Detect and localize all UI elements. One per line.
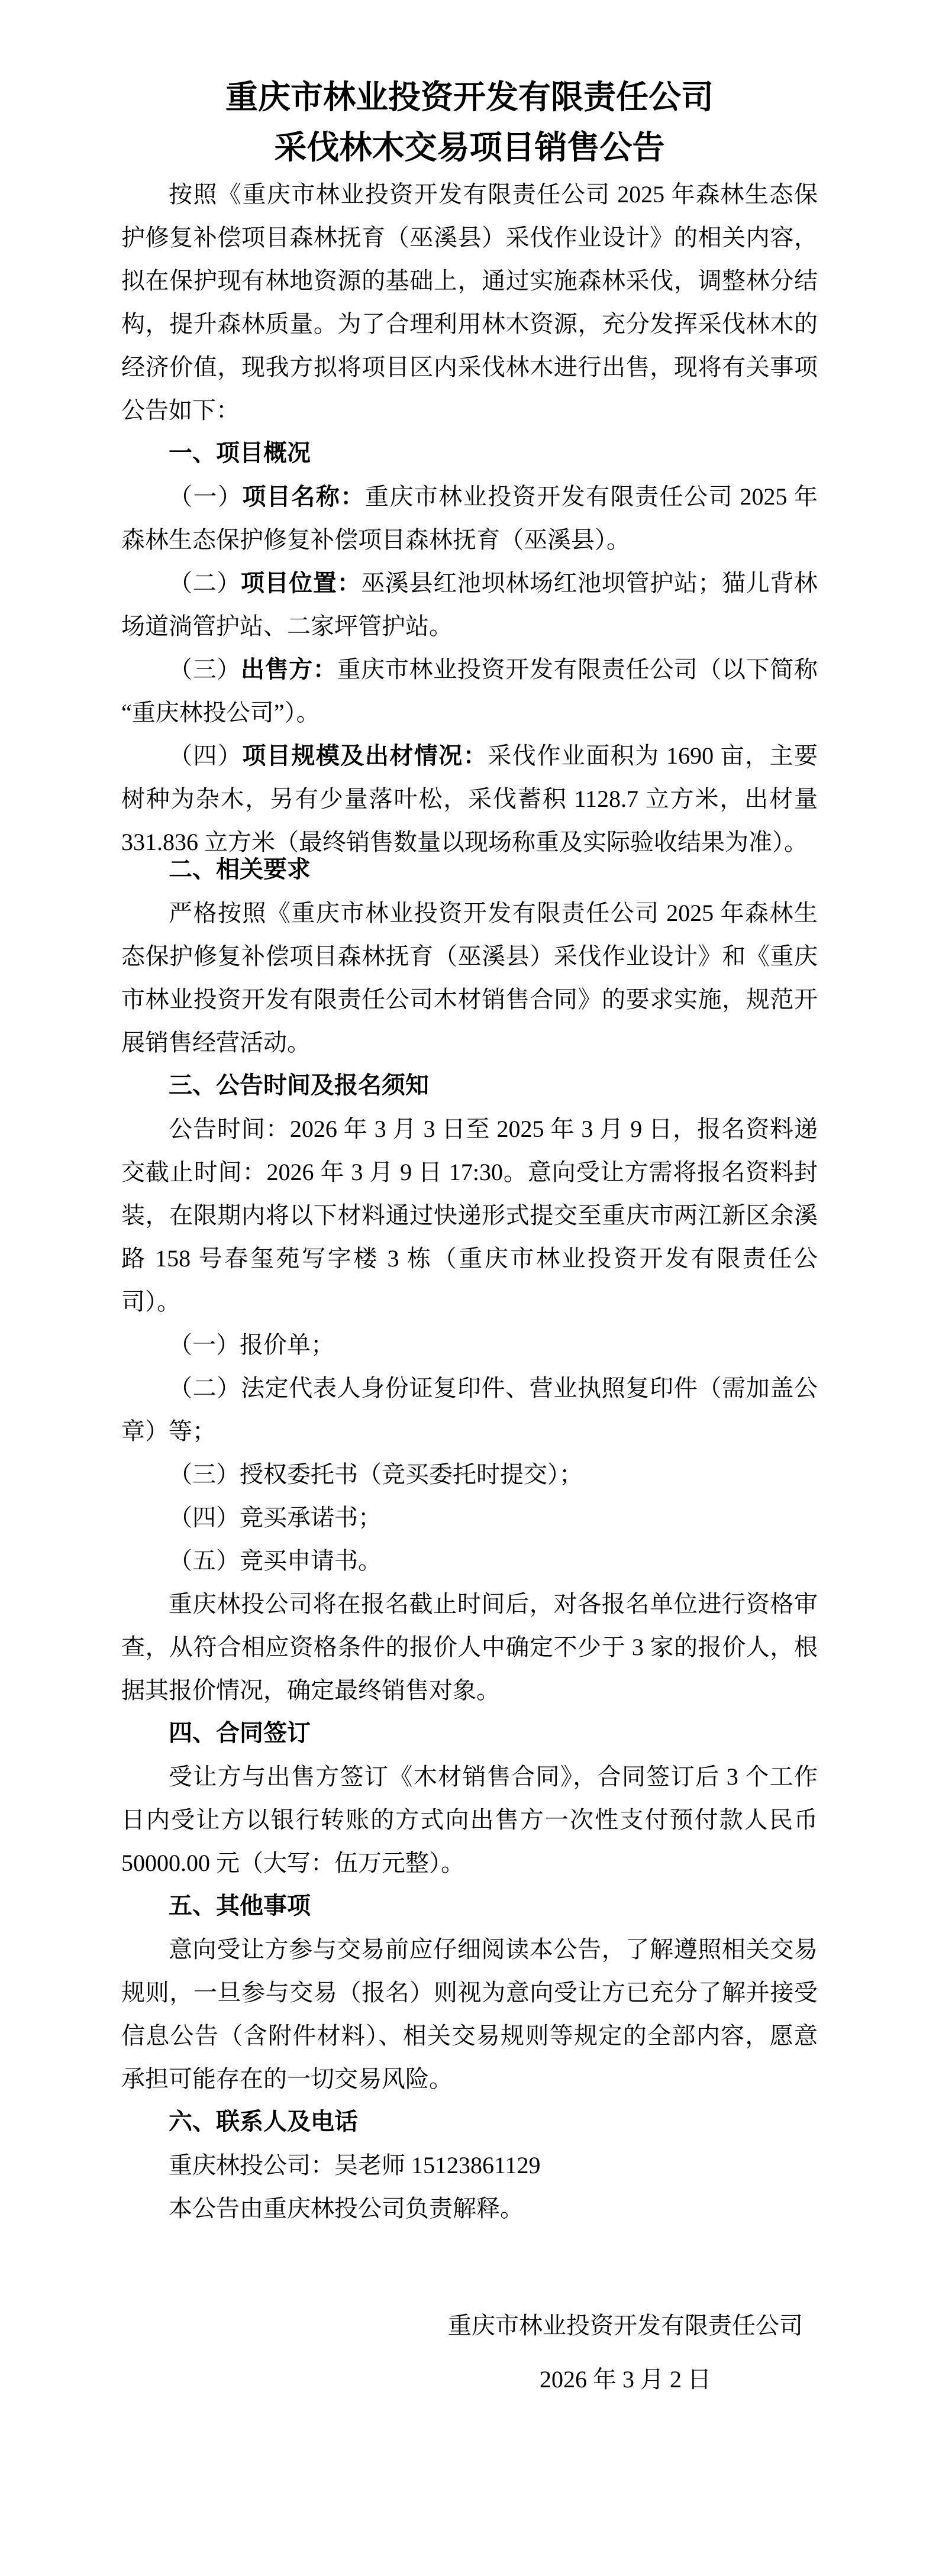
signature-company: 重庆市林业投资开发有限责任公司: [448, 2304, 803, 2347]
material-item-application: （五）竞买申请书。: [121, 1539, 818, 1582]
item-project-location: （二）项目位置：巫溪县红池坝林场红池坝管护站；猫儿背林场道淌管护站、二家坪管护站…: [121, 561, 818, 648]
item-prefix: （一）: [169, 483, 242, 510]
item-project-name: （一）项目名称：重庆市林业投资开发有限责任公司 2025 年森林生态保护修复补偿…: [121, 475, 818, 561]
item-prefix: （三）: [169, 656, 241, 683]
section-3-paragraph-announce-time: 公告时间：2026 年 3 月 3 日至 2025 年 3 月 9 日，报名资料…: [121, 1107, 818, 1323]
item-prefix: （四）: [169, 742, 242, 769]
section-3-heading: 三、公告时间及报名须知: [121, 1064, 818, 1107]
section-3-paragraph-qualification: 重庆林投公司将在报名截止时间后，对各报名单位进行资格审查，从符合相应资格条件的报…: [121, 1582, 818, 1712]
item-prefix: （二）: [169, 570, 241, 596]
document-title-line-1: 重庆市林业投资开发有限责任公司: [121, 72, 818, 122]
section-2-paragraph: 严格按照《重庆市林业投资开发有限责任公司 2025 年森林生态保护修复补偿项目森…: [121, 891, 818, 1064]
document-title: 重庆市林业投资开发有限责任公司 采伐林木交易项目销售公告: [121, 72, 818, 173]
material-item-quotation: （一）报价单；: [121, 1323, 818, 1366]
section-4-paragraph: 受让方与出售方签订《木材销售合同》，合同签订后 3 个工作日内受让方以银行转账的…: [121, 1755, 818, 1885]
item-project-scale: （四）项目规模及出材情况：采伐作业面积为 1690 亩，主要树种为杂木，另有少量…: [121, 734, 818, 864]
material-item-id-license: （二）法定代表人身份证复印件、营业执照复印件（需加盖公章）等；: [121, 1366, 818, 1453]
interpretation-note: 本公告由重庆林投公司负责解释。: [121, 2187, 818, 2230]
intro-paragraph: 按照《重庆市林业投资开发有限责任公司 2025 年森林生态保护修复补偿项目森林抚…: [121, 173, 818, 432]
section-5-heading: 五、其他事项: [121, 1885, 818, 1928]
material-item-commitment: （四）竞买承诺书；: [121, 1496, 818, 1539]
announcement-document: 重庆市林业投资开发有限责任公司 采伐林木交易项目销售公告 按照《重庆市林业投资开…: [0, 0, 939, 2576]
section-4-heading: 四、合同签订: [121, 1712, 818, 1755]
signature-inner: 重庆市林业投资开发有限责任公司 2026 年 3 月 2 日: [448, 2304, 803, 2401]
contact-line: 重庆林投公司：吴老师 15123861129: [121, 2144, 818, 2187]
material-item-authorization: （三）授权委托书（竞买委托时提交）；: [121, 1453, 818, 1496]
section-5-paragraph: 意向受让方参与交易前应仔细阅读本公告，了解遵照相关交易规则，一旦参与交易（报名）…: [121, 1928, 818, 2100]
item-seller: （三）出售方：重庆市林业投资开发有限责任公司（以下简称“重庆林投公司”）。: [121, 648, 818, 734]
item-label: 项目位置：: [241, 570, 361, 596]
item-label: 项目名称：: [242, 483, 364, 510]
signature-block: 重庆市林业投资开发有限责任公司 2026 年 3 月 2 日: [121, 2304, 818, 2401]
section-6-heading: 六、联系人及电话: [121, 2100, 818, 2144]
item-label: 出售方：: [241, 656, 337, 683]
signature-date: 2026 年 3 月 2 日: [448, 2358, 803, 2401]
item-label: 项目规模及出材情况：: [242, 742, 488, 769]
section-1-heading: 一、项目概况: [121, 432, 818, 475]
document-title-line-2: 采伐林木交易项目销售公告: [121, 122, 818, 173]
